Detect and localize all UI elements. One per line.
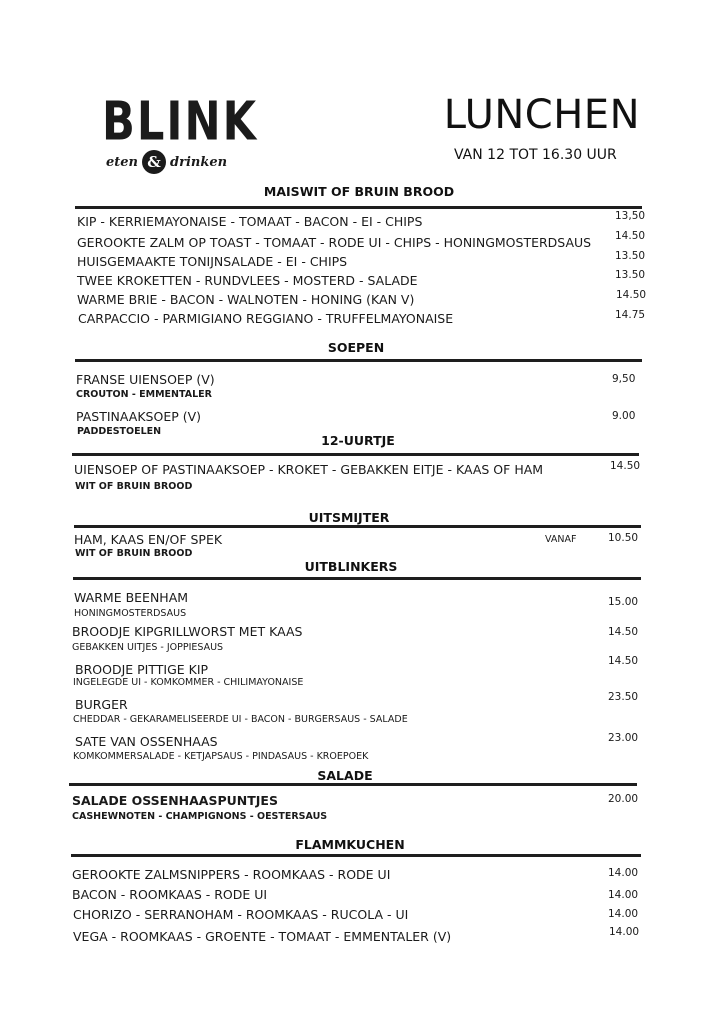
section-divider <box>71 854 641 857</box>
menu-item-price: 14.00 <box>608 889 638 901</box>
menu-item-name: UIENSOEP OF PASTINAAKSOEP - KROKET - GEB… <box>74 462 543 477</box>
section-divider <box>73 577 641 580</box>
menu-item-description: CROUTON - EMMENTALER <box>76 389 212 400</box>
menu-item-price: 14.50 <box>616 289 646 301</box>
logo-tagline-left: eten <box>106 155 138 170</box>
section-heading-maiswit: MAISWIT OF BRUIN BROOD <box>264 184 454 199</box>
menu-item-price: 20.00 <box>608 793 638 805</box>
menu-item-price: 13,50 <box>615 210 645 222</box>
menu-item-price: 14.50 <box>608 655 638 667</box>
opening-hours: VAN 12 TOT 16.30 UUR <box>454 147 617 163</box>
menu-item-name: BROODJE PITTIGE KIP <box>75 662 208 677</box>
price-prefix-vanaf: VANAF <box>545 534 576 545</box>
menu-item-name: KIP - KERRIEMAYONAISE - TOMAAT - BACON -… <box>77 214 422 229</box>
section-heading-salade: SALADE <box>317 768 372 783</box>
menu-item-price: 9.00 <box>612 410 635 422</box>
menu-item-description: WIT OF BRUIN BROOD <box>75 548 192 559</box>
menu-item-description: INGELEGDE UI - KOMKOMMER - CHILIMAYONAIS… <box>73 677 303 688</box>
menu-item-name: CARPACCIO - PARMIGIANO REGGIANO - TRUFFE… <box>78 311 453 326</box>
menu-item-price: 14.50 <box>608 626 638 638</box>
section-divider <box>75 359 642 362</box>
menu-item-description: KOMKOMMERSALADE - KETJAPSAUS - PINDASAUS… <box>73 751 368 762</box>
logo-wordmark: BLINK <box>102 90 258 153</box>
menu-item-name: SALADE OSSENHAASPUNTJES <box>72 793 278 808</box>
blink-logo: BLINK eten & drinken <box>100 90 240 180</box>
menu-item-price: 13.50 <box>615 269 645 281</box>
menu-item-description: WIT OF BRUIN BROOD <box>75 481 192 492</box>
logo-tagline: eten & drinken <box>106 150 227 174</box>
menu-item-name: HUISGEMAAKTE TONIJNSALADE - EI - CHIPS <box>77 254 347 269</box>
menu-item-name: WARME BRIE - BACON - WALNOTEN - HONING (… <box>77 292 414 307</box>
menu-item-price: 14.50 <box>610 460 640 472</box>
menu-item-price: 14.00 <box>609 926 639 938</box>
menu-item-price: 15.00 <box>608 596 638 608</box>
menu-item-price: 14.00 <box>608 867 638 879</box>
menu-item-name: BACON - ROOMKAAS - RODE UI <box>72 887 267 902</box>
section-divider <box>72 453 639 456</box>
page-title: LUNCHEN <box>444 92 640 138</box>
menu-item-description: PADDESTOELEN <box>77 426 161 437</box>
menu-item-name: GEROOKTE ZALMSNIPPERS - ROOMKAAS - RODE … <box>72 867 390 882</box>
ampersand-badge-icon: & <box>142 150 166 174</box>
menu-item-name: BROODJE KIPGRILLWORST MET KAAS <box>72 624 302 639</box>
menu-item-name: PASTINAAKSOEP (V) <box>76 409 201 424</box>
menu-item-name: BURGER <box>75 697 128 712</box>
section-heading-12-uurtje: 12-UURTJE <box>321 433 395 448</box>
menu-item-name: CHORIZO - SERRANOHAM - ROOMKAAS - RUCOLA… <box>73 907 408 922</box>
menu-item-name: SATE VAN OSSENHAAS <box>75 734 218 749</box>
menu-item-name: GEROOKTE ZALM OP TOAST - TOMAAT - RODE U… <box>77 235 591 250</box>
menu-item-price: 14.75 <box>615 309 645 321</box>
menu-item-price: 14.50 <box>615 230 645 242</box>
menu-item-name: WARME BEENHAM <box>74 590 188 605</box>
section-heading-flammkuchen: FLAMMKUCHEN <box>295 837 404 852</box>
menu-item-price: 23.50 <box>608 691 638 703</box>
menu-item-price: 9,50 <box>612 373 635 385</box>
section-heading-uitsmijter: UITSMIJTER <box>309 510 390 525</box>
menu-item-description: GEBAKKEN UITJES - JOPPIESAUS <box>72 642 223 653</box>
section-divider <box>74 525 641 528</box>
menu-item-name: VEGA - ROOMKAAS - GROENTE - TOMAAT - EMM… <box>73 929 451 944</box>
menu-item-price: 13.50 <box>615 250 645 262</box>
menu-item-name: FRANSE UIENSOEP (V) <box>76 372 215 387</box>
menu-item-name: TWEE KROKETTEN - RUNDVLEES - MOSTERD - S… <box>77 273 418 288</box>
menu-item-price: 14.00 <box>608 908 638 920</box>
menu-item-description: HONINGMOSTERDSAUS <box>74 608 186 619</box>
menu-item-price: 23.00 <box>608 732 638 744</box>
menu-item-description: CHEDDAR - GEKARAMELISEERDE UI - BACON - … <box>73 714 408 725</box>
menu-item-description: CASHEWNOTEN - CHAMPIGNONS - OESTERSAUS <box>72 811 327 822</box>
section-heading-soepen: SOEPEN <box>328 340 384 355</box>
menu-item-price: 10.50 <box>608 532 638 544</box>
section-heading-uitblinkers: UITBLINKERS <box>305 559 398 574</box>
section-divider <box>69 783 637 786</box>
logo-tagline-right: drinken <box>170 155 227 170</box>
menu-item-name: HAM, KAAS EN/OF SPEK <box>74 532 222 547</box>
section-divider <box>75 206 642 209</box>
